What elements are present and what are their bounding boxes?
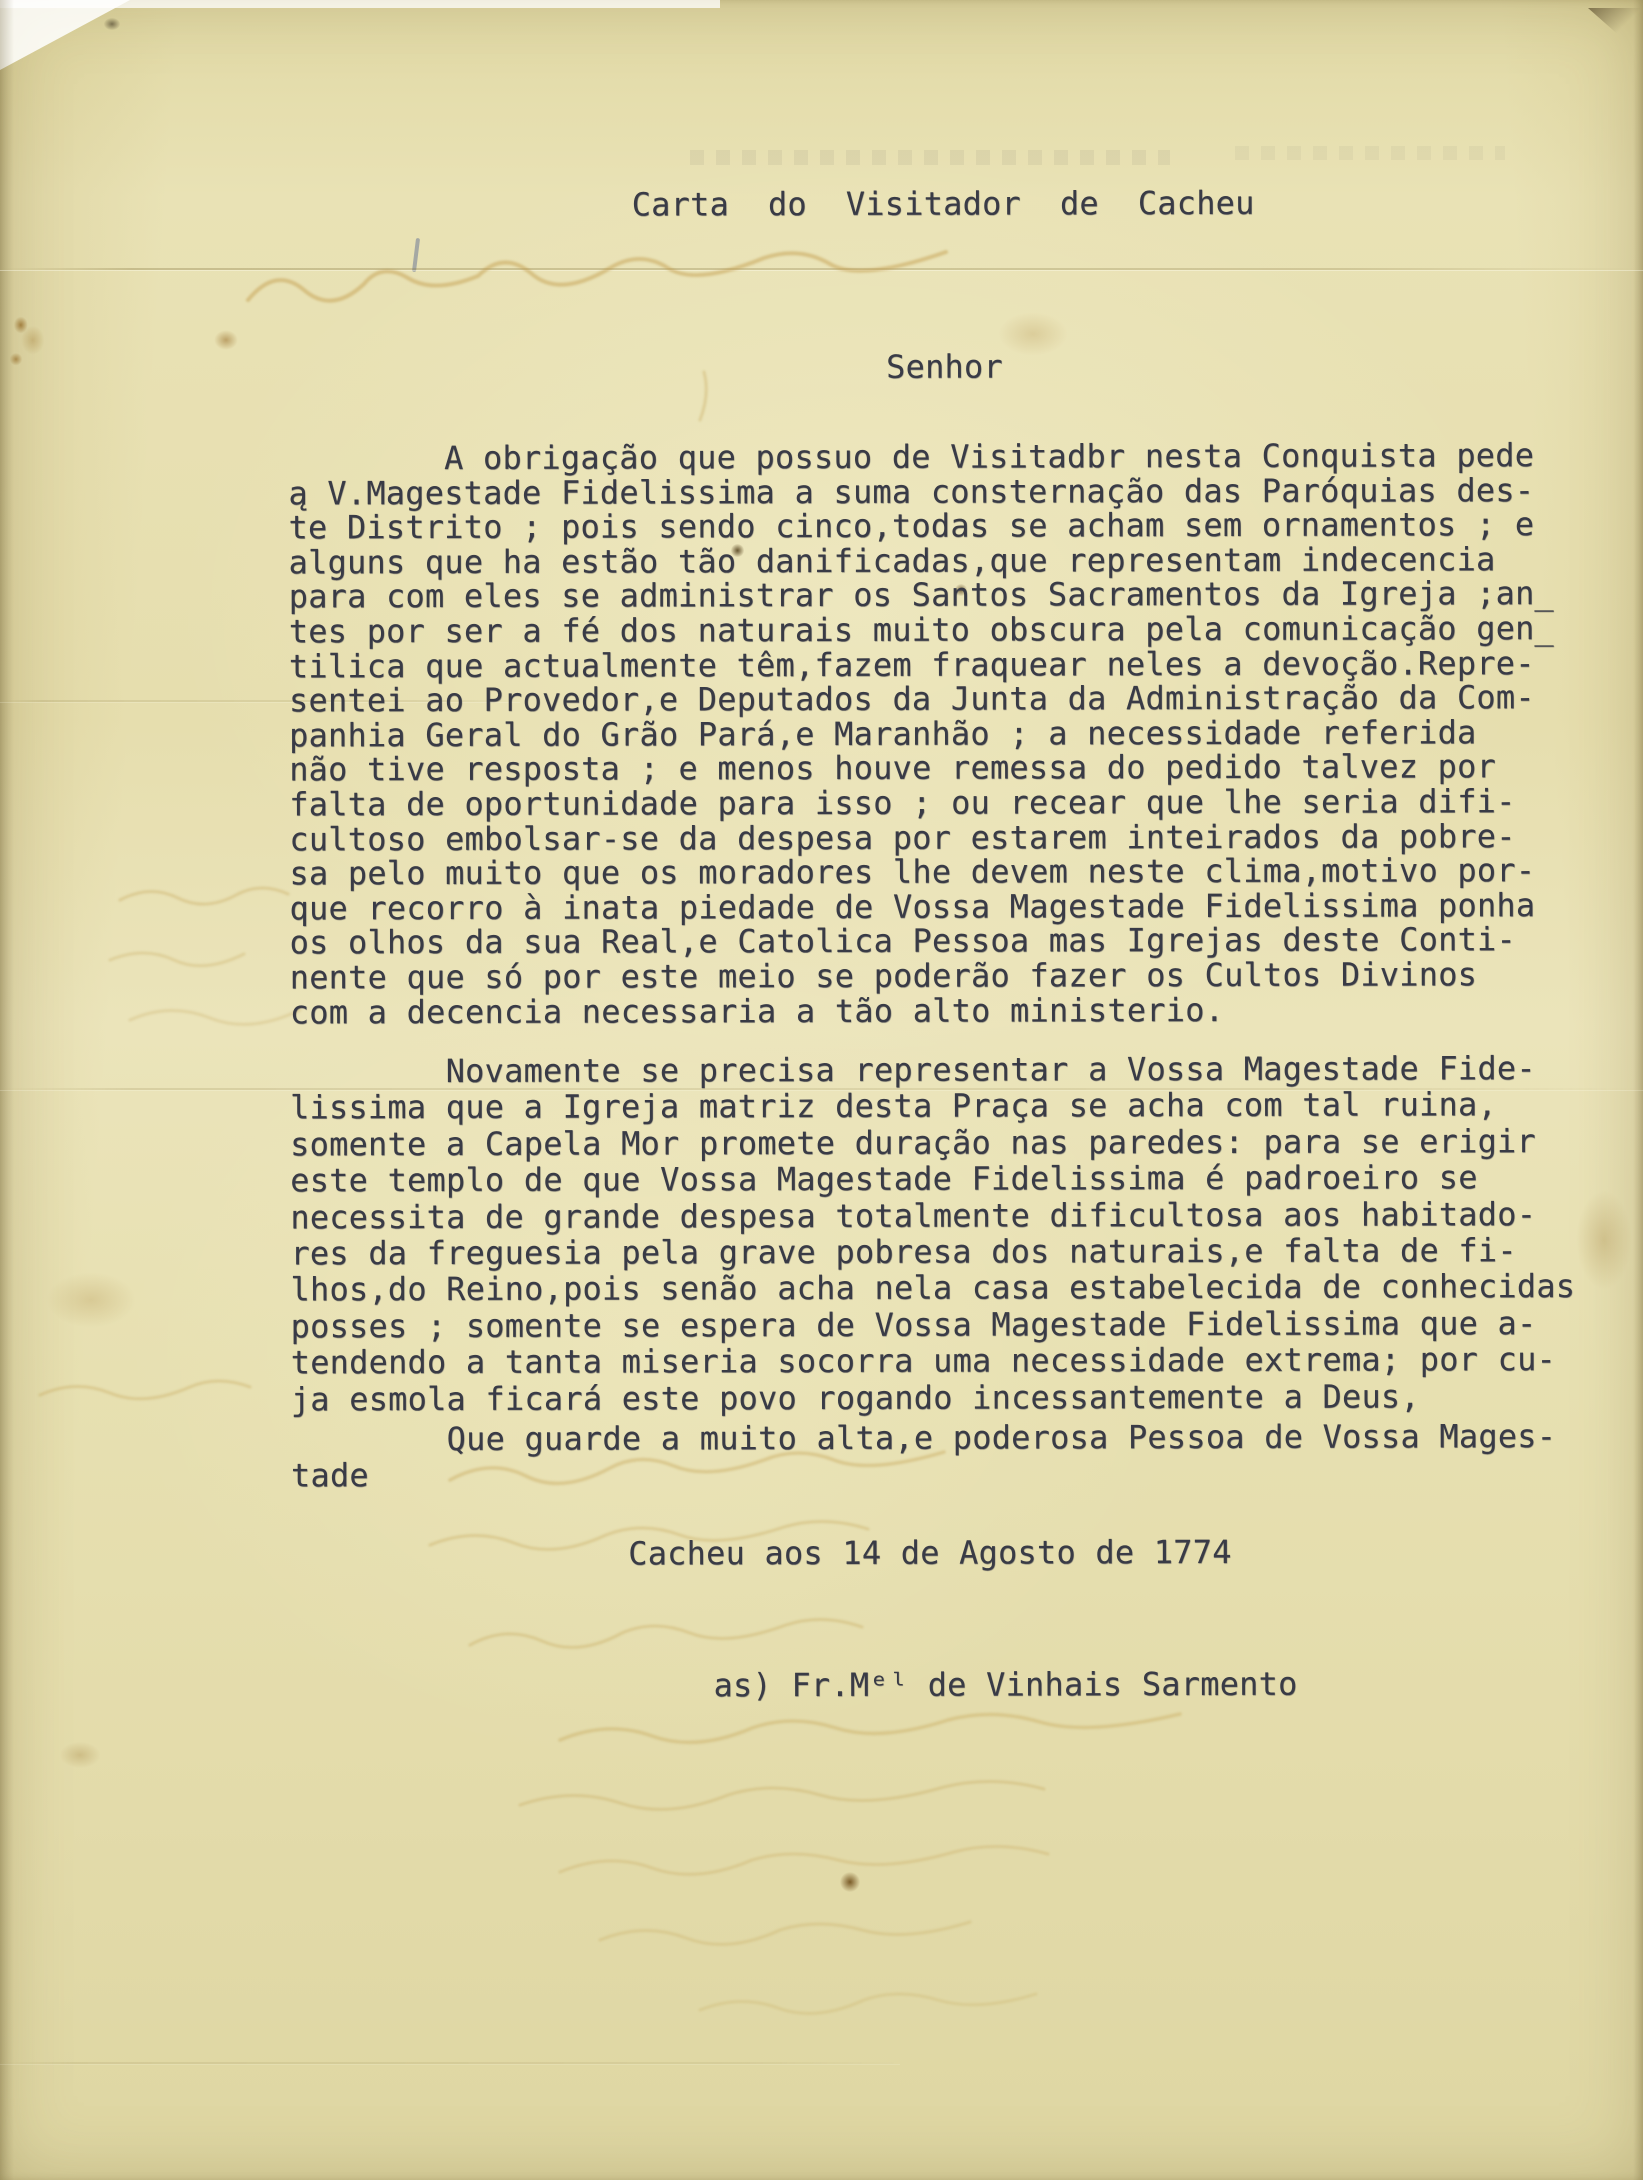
document-title: Carta do Visitador de Cacheu — [632, 184, 1255, 224]
scanned-letter-page: Carta do Visitador de Cacheu Senhor A ob… — [0, 0, 1643, 2180]
letter-paragraph-1: A obrigação que possuo de Visitadbr nest… — [288, 438, 1610, 1030]
dateline: Cacheu aos 14 de Agosto de 1774 — [628, 1533, 1232, 1573]
letter-paragraph-2: Novamente se precisa representar a Vossa… — [290, 1050, 1611, 1418]
closing-line: Que guarde a muito alta,e poderosa Pesso… — [291, 1418, 1611, 1494]
signature-line: as) Fr.Mᵉˡ de Vinhais Sarmento — [714, 1665, 1298, 1705]
salutation-line: Senhor — [886, 348, 1003, 386]
letter-content: Carta do Visitador de Cacheu Senhor A ob… — [0, 0, 1643, 2180]
